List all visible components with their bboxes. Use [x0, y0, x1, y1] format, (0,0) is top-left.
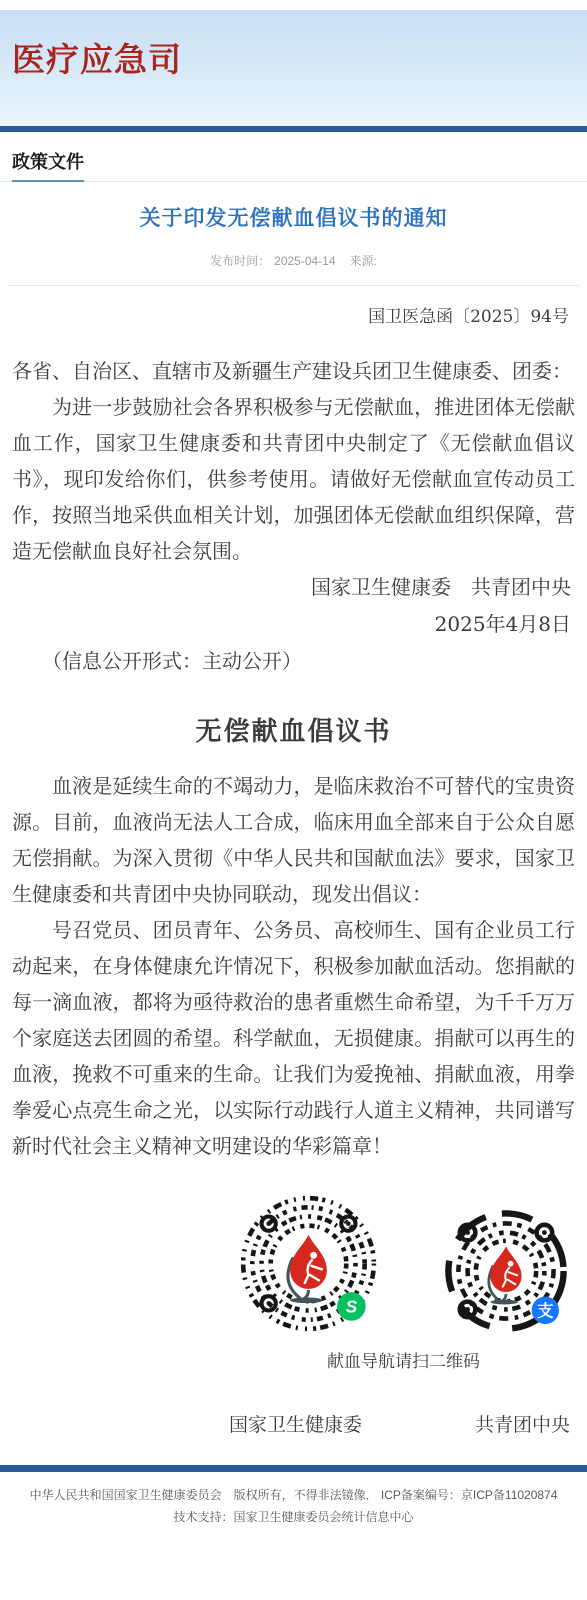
page: 医疗应急司 政策文件 关于印发无偿献血倡议书的通知 发布时间：2025-04-1… — [0, 0, 587, 1600]
wechat-badge-glyph: S — [346, 1297, 358, 1317]
tech-support-line: 技术支持：国家卫生健康委员会统计信息中心 — [0, 1506, 587, 1528]
qr-code-row: S — [237, 1192, 570, 1335]
site-footer: 中华人民共和国国家卫生健康委员会 版权所有，不得非法镜像． ICP备案编号：京I… — [0, 1472, 587, 1528]
signing-organizations: 国家卫生健康委 共青团中央 — [12, 569, 575, 606]
signing-date: 2025年4月8日 — [12, 606, 575, 643]
article: 关于印发无偿献血倡议书的通知 发布时间：2025-04-14来源: 国卫医急函〔… — [0, 202, 587, 1437]
notice-paragraph: 为进一步鼓励社会各界积极参与无偿献血，推进团体无偿献血工作，国家卫生健康委和共青… — [12, 389, 575, 569]
article-meta: 发布时间：2025-04-14来源: — [12, 252, 575, 269]
alipay-blood-donation-qr-code: 支 — [442, 1207, 570, 1335]
document-number: 国卫医急函〔2025〕94号 — [12, 302, 575, 327]
document-body: 各省、自治区、直辖市及新疆生产建设兵团卫生健康委、团委： 为进一步鼓励社会各界积… — [12, 353, 575, 1164]
org-communist-youth-league: 共青团中央 — [475, 1410, 570, 1437]
site-header: 医疗应急司 — [0, 10, 587, 126]
proposal-paragraph-2: 号召党员、团员青年、公务员、高校师生、国有企业员工行动起来，在身体健康允许情况下… — [12, 912, 575, 1164]
issuing-organizations-row: 国家卫生健康委 共青团中央 — [229, 1410, 570, 1437]
meta-divider — [8, 285, 579, 286]
proposal-paragraph-1: 血液是延续生命的不竭动力，是临床救治不可替代的宝贵资源。目前，血液尚无法人工合成… — [12, 768, 575, 912]
source-label: 来源: — [350, 254, 377, 268]
alipay-badge-glyph: 支 — [537, 1302, 554, 1321]
copyright-line: 中华人民共和国国家卫生健康委员会 版权所有，不得非法镜像． ICP备案编号：京I… — [0, 1484, 587, 1506]
qr-code-section: S — [237, 1192, 570, 1372]
wechat-blood-donation-qr-code: S — [237, 1192, 380, 1335]
section-title-policy-documents[interactable]: 政策文件 — [12, 148, 84, 182]
publish-time-label: 发布时间： — [210, 254, 270, 268]
org-nhc: 国家卫生健康委 — [229, 1410, 362, 1437]
article-title: 关于印发无偿献血倡议书的通知 — [12, 202, 575, 232]
disclosure-note: （信息公开形式：主动公开） — [12, 643, 575, 679]
section-head: 政策文件 — [0, 132, 587, 182]
top-spacer — [0, 0, 587, 10]
qr-caption: 献血导航请扫二维码 — [237, 1347, 570, 1372]
footer-divider-bar — [0, 1465, 587, 1472]
salutation: 各省、自治区、直辖市及新疆生产建设兵团卫生健康委、团委： — [12, 353, 575, 389]
publish-date: 2025-04-14 — [274, 254, 335, 268]
proposal-heading: 无偿献血倡议书 — [12, 711, 575, 748]
department-title: 医疗应急司 — [0, 10, 587, 81]
